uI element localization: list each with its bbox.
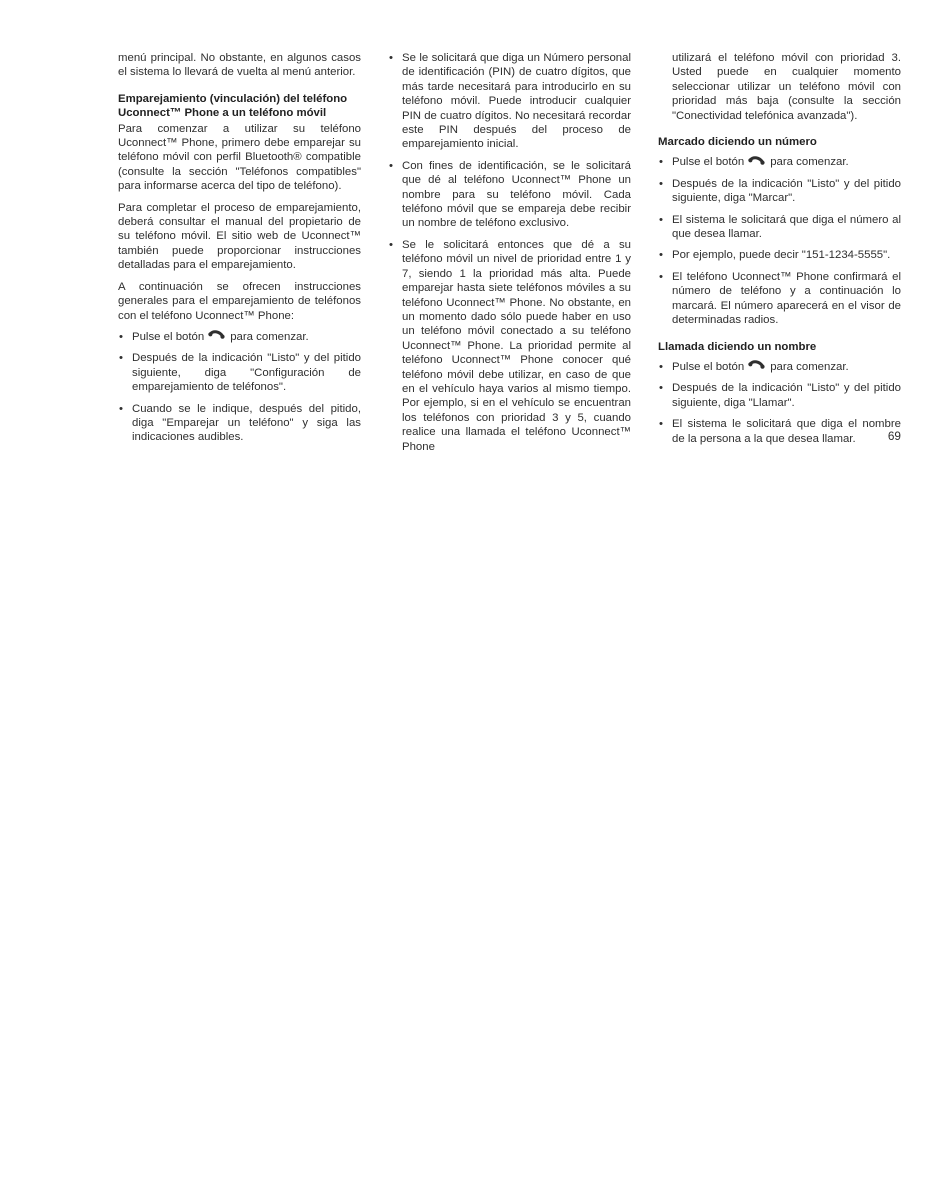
- section-heading: Llamada diciendo un nombre: [658, 340, 901, 354]
- list-item: Pulse el botónpara comenzar.: [118, 330, 361, 344]
- list-item: Por ejemplo, puede decir "151-1234-5555"…: [658, 248, 901, 262]
- page-number: 69: [658, 429, 901, 443]
- page-content: menú principal. No obstante, en algunos …: [118, 51, 901, 454]
- list-item: Pulse el botónpara comenzar.: [658, 155, 901, 169]
- phone-handset-icon: [748, 360, 765, 371]
- list-item: Después de la indicación "Listo" y del p…: [658, 177, 901, 206]
- list-item: Se le solicitará entonces que dé a su te…: [388, 238, 631, 454]
- list-item: Después de la indicación "Listo" y del p…: [658, 381, 901, 410]
- paragraph: A continuación se ofrecen instrucciones …: [118, 280, 361, 323]
- list-item: Pulse el botónpara comenzar.: [658, 360, 901, 374]
- manual-page: { "page": { "number": "69" }, "icons": {…: [0, 0, 927, 1200]
- paragraph: menú principal. No obstante, en algunos …: [118, 51, 361, 80]
- list-item: El teléfono Uconnect™ Phone confirmará e…: [658, 270, 901, 328]
- bullet-text: Pulse el botón: [132, 331, 204, 343]
- list-item: Con fines de identificación, se le solic…: [388, 159, 631, 231]
- column-2: Se le solicitará que diga un Número pers…: [388, 51, 631, 454]
- phone-handset-icon: [748, 156, 765, 167]
- section-heading: Emparejamiento (vinculación) del teléfon…: [118, 92, 361, 121]
- bullet-text: Pulse el botón: [672, 361, 744, 373]
- bullet-text: para comenzar.: [770, 156, 849, 168]
- list-item: El sistema le solicitará que diga el núm…: [658, 213, 901, 242]
- list-item: Cuando se le indique, después del pitido…: [118, 402, 361, 445]
- paragraph-continuation: utilizará el teléfono móvil con priorida…: [658, 51, 901, 123]
- bullet-text: para comenzar.: [770, 361, 849, 373]
- paragraph: Para completar el proceso de emparejamie…: [118, 201, 361, 273]
- phone-handset-icon: [208, 330, 225, 341]
- column-3: utilizará el teléfono móvil con priorida…: [658, 51, 901, 454]
- section-heading: Marcado diciendo un número: [658, 135, 901, 149]
- list-item: Se le solicitará que diga un Número pers…: [388, 51, 631, 152]
- paragraph: Para comenzar a utilizar su teléfono Uco…: [118, 122, 361, 194]
- bullet-text: para comenzar.: [230, 331, 309, 343]
- list-item: Después de la indicación "Listo" y del p…: [118, 351, 361, 394]
- column-1: menú principal. No obstante, en algunos …: [118, 51, 361, 454]
- bullet-text: Pulse el botón: [672, 156, 744, 168]
